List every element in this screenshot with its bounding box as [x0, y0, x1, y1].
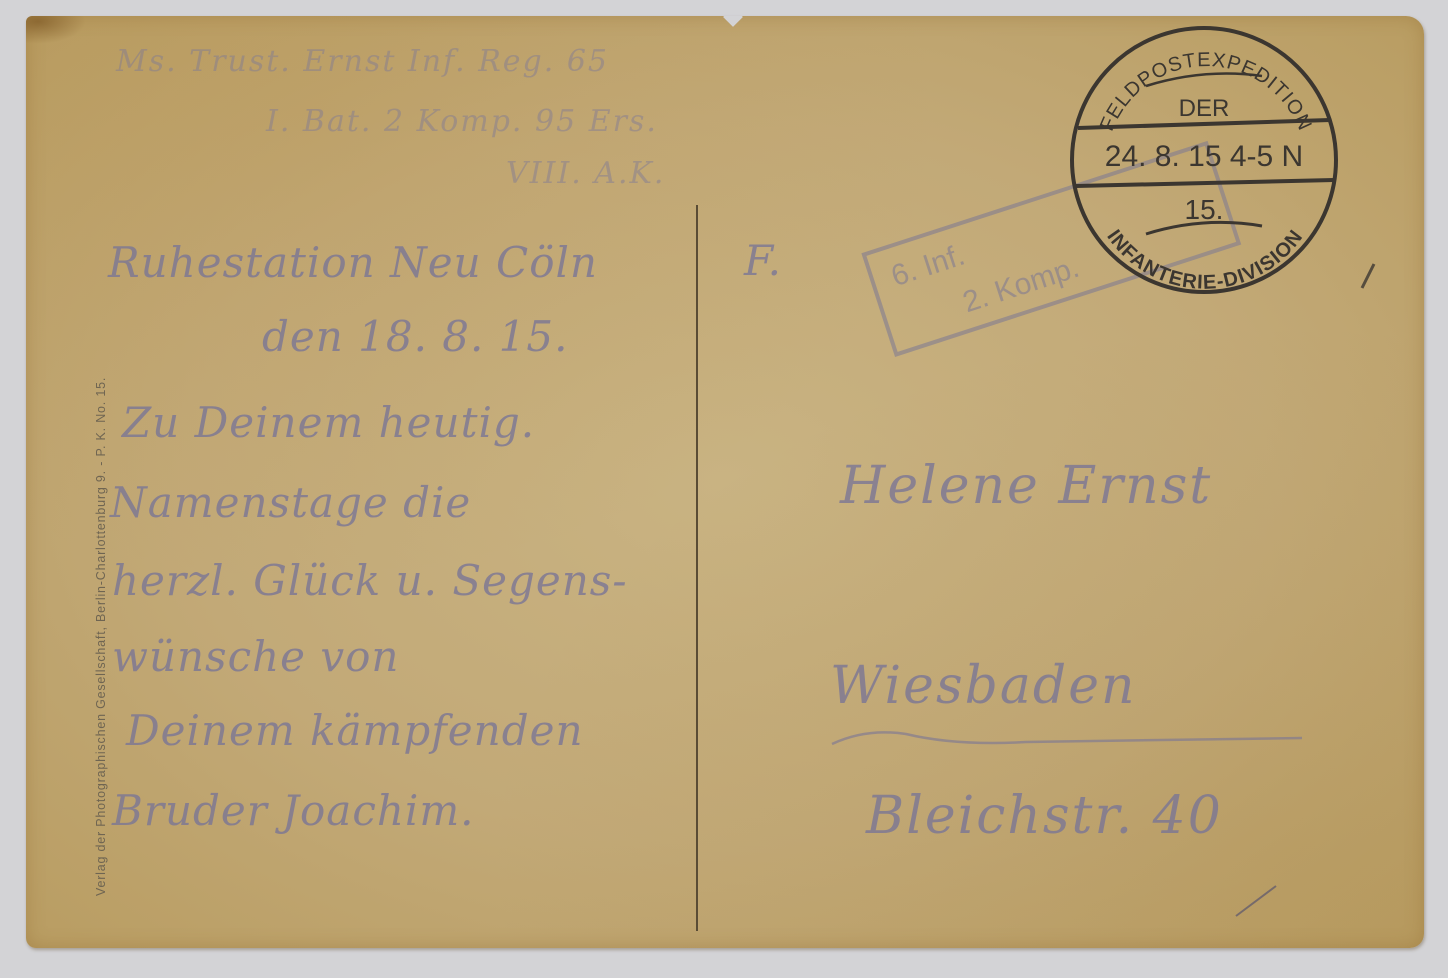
cachet-line-2: 2. Komp.	[959, 251, 1083, 319]
postcard: Verlag der Photographischen Gesellschaft…	[26, 16, 1424, 948]
pencil-tick	[1236, 886, 1276, 916]
city-underline	[832, 732, 1302, 744]
ink-mark	[1362, 264, 1374, 288]
postmark-bottom-arc: INFANTERIE-DIVISION	[1102, 226, 1307, 294]
unit-cachet: 6. Inf. 2. Komp.	[864, 143, 1239, 354]
postmark-der: DER	[1179, 95, 1230, 122]
svg-text:INFANTERIE-DIVISION: INFANTERIE-DIVISION	[1102, 226, 1307, 294]
cachet-line-1: 6. Inf.	[887, 239, 969, 294]
postmark-date: 24. 8. 15 4-5 N	[1105, 140, 1303, 173]
postmark-unit-number: 15.	[1185, 194, 1224, 225]
